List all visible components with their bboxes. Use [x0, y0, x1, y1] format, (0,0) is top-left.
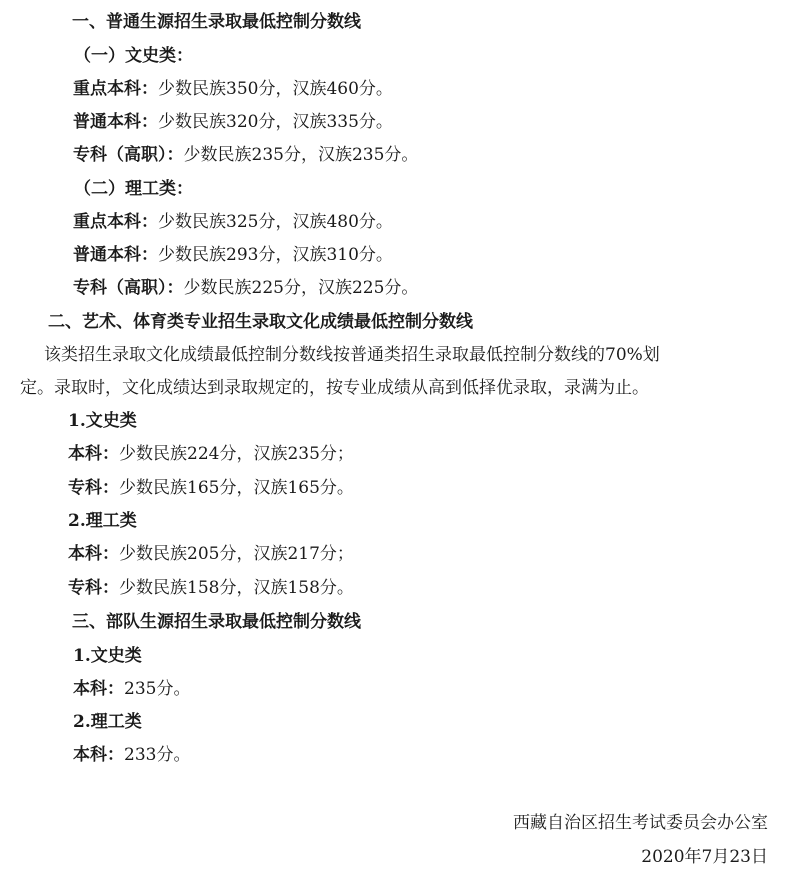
issuer: 西藏自治区招生考试委员会办公室 — [513, 812, 768, 834]
row-text: 少数民族320分，汉族335分。 — [158, 112, 393, 132]
score-row: 本科：少数民族205分，汉族217分； — [68, 543, 354, 565]
row-label: 专科（高职）： — [73, 278, 184, 298]
section2-sub1-title: 1.文史类 — [68, 410, 137, 432]
row-text: 少数民族325分，汉族480分。 — [158, 212, 393, 232]
section2-paragraph-line2: 定。录取时，文化成绩达到录取规定的，按专业成绩从高到低择优录取，录满为止。 — [20, 377, 649, 399]
score-row: 普通本科：少数民族320分，汉族335分。 — [73, 111, 393, 133]
row-text: 少数民族224分，汉族235分； — [119, 444, 354, 464]
score-row: 专科：少数民族165分，汉族165分。 — [68, 477, 354, 499]
section2-title: 二、艺术、体育类专业招生录取文化成绩最低控制分数线 — [48, 311, 473, 333]
score-row: 重点本科：少数民族350分，汉族460分。 — [73, 78, 393, 100]
row-label: 本科： — [73, 745, 124, 765]
row-label: 普通本科： — [73, 112, 158, 132]
issue-date: 2020年7月23日 — [641, 846, 768, 868]
section2-paragraph-line1: 该类招生录取文化成绩最低控制分数线按普通类招生录取最低控制分数线的70%划 — [44, 344, 660, 366]
row-text: 少数民族225分，汉族225分。 — [184, 278, 419, 298]
section1-sub1-title: （一）文史类： — [74, 45, 193, 67]
row-label: 专科： — [68, 478, 119, 498]
row-label: 本科： — [73, 679, 124, 699]
row-label: 普通本科： — [73, 245, 158, 265]
row-label: 专科： — [68, 578, 119, 598]
row-text: 少数民族165分，汉族165分。 — [119, 478, 354, 498]
section3-sub1-title: 1.文史类 — [73, 645, 142, 667]
row-text: 少数民族158分，汉族158分。 — [119, 578, 354, 598]
score-row: 专科：少数民族158分，汉族158分。 — [68, 577, 354, 599]
row-label: 重点本科： — [73, 212, 158, 232]
row-label: 重点本科： — [73, 79, 158, 99]
row-label: 本科： — [68, 544, 119, 564]
row-text: 少数民族205分，汉族217分； — [119, 544, 354, 564]
row-label: 专科（高职）： — [73, 145, 184, 165]
score-row: 本科：233分。 — [73, 744, 190, 766]
score-row: 专科（高职）：少数民族235分，汉族235分。 — [73, 144, 418, 166]
row-text: 少数民族293分，汉族310分。 — [158, 245, 393, 265]
score-row: 专科（高职）：少数民族225分，汉族225分。 — [73, 277, 418, 299]
row-text: 233分。 — [124, 745, 190, 765]
score-row: 普通本科：少数民族293分，汉族310分。 — [73, 244, 393, 266]
row-text: 少数民族350分，汉族460分。 — [158, 79, 393, 99]
row-text: 少数民族235分，汉族235分。 — [184, 145, 419, 165]
section3-title: 三、部队生源招生录取最低控制分数线 — [72, 611, 361, 633]
section3-sub2-title: 2.理工类 — [73, 711, 142, 733]
section1-sub2-title: （二）理工类： — [74, 178, 193, 200]
section1-title: 一、普通生源招生录取最低控制分数线 — [72, 11, 361, 33]
score-row: 重点本科：少数民族325分，汉族480分。 — [73, 211, 393, 233]
score-row: 本科：少数民族224分，汉族235分； — [68, 443, 354, 465]
section2-sub2-title: 2.理工类 — [68, 510, 137, 532]
score-row: 本科：235分。 — [73, 678, 190, 700]
row-text: 235分。 — [124, 679, 190, 699]
row-label: 本科： — [68, 444, 119, 464]
